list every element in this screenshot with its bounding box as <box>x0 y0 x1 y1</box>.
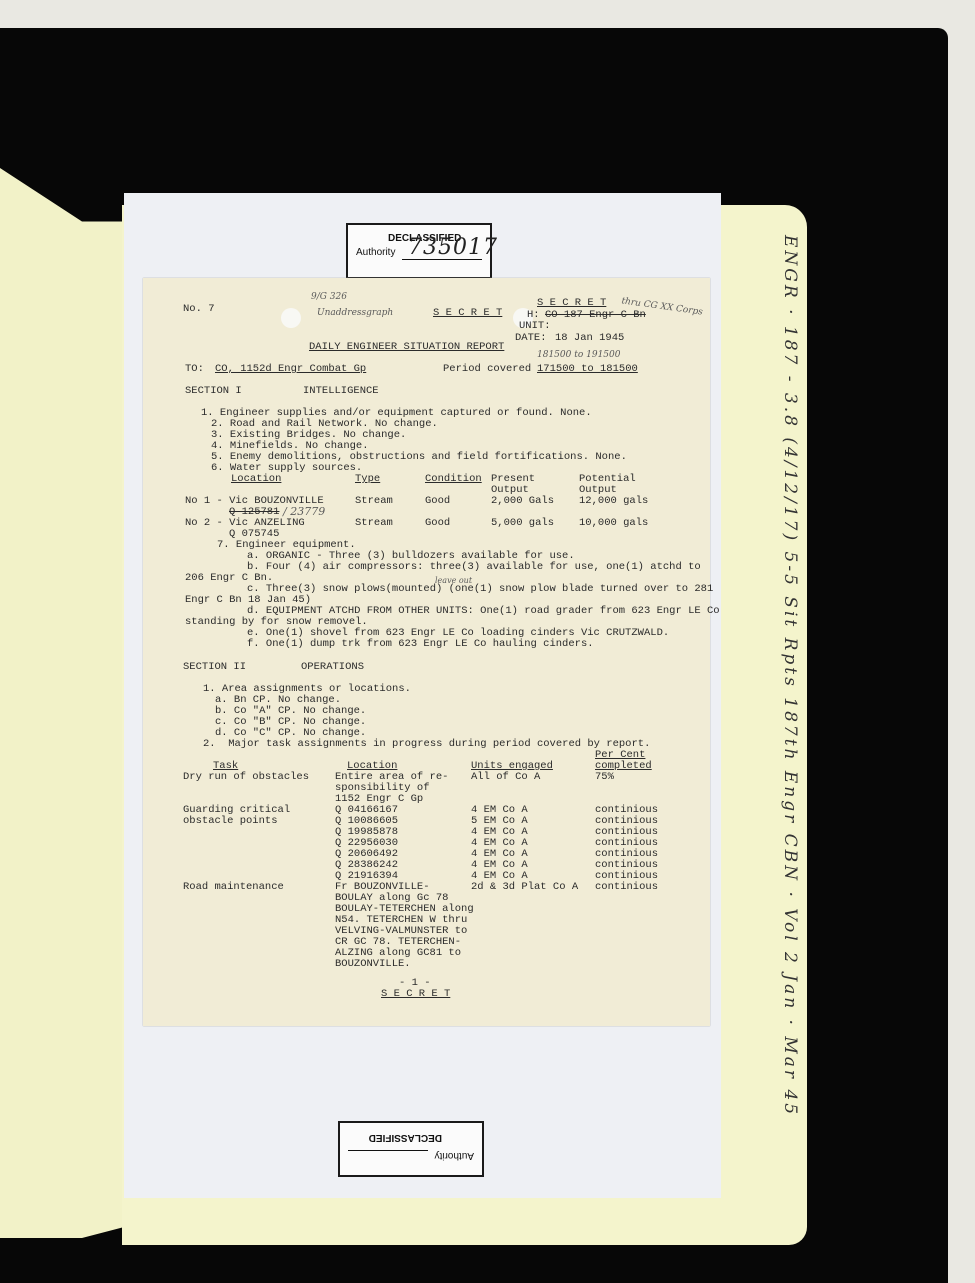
folder-tab-handwriting: ENGR · 187 - 3.8 (4/12/17) 5-5 Sit Rpts … <box>770 215 810 1245</box>
task-cell-task: Road maintenance <box>183 882 284 893</box>
task-cell-units: All of Co A <box>471 772 540 783</box>
to-value: CO, 1152d Engr Combat Gp <box>215 364 366 375</box>
water-header-condition: Condition <box>425 474 482 485</box>
water-row-present: 5,000 gals <box>491 518 554 529</box>
report-number: No. 7 <box>183 304 215 315</box>
water-row-present: 2,000 Gals <box>491 496 554 507</box>
task-cell-percent: 75% <box>595 772 614 783</box>
classification-right: S E C R E T <box>537 298 606 309</box>
declassified-stamp-top: DECLASSIFIED Authority 735017 <box>346 223 492 279</box>
period-value: 171500 to 181500 <box>537 364 638 375</box>
water-header-present: Present Output <box>491 474 551 496</box>
water-row-condition: Good <box>425 518 450 529</box>
stamp-label: DECLASSIFIED <box>369 1132 442 1143</box>
water-header-location: Location <box>231 474 281 485</box>
section2-title: OPERATIONS <box>301 662 364 673</box>
date-value: 18 Jan 1945 <box>555 333 624 344</box>
period-handwritten: 181500 to 191500 <box>537 350 620 361</box>
section2-heading: SECTION II <box>183 662 246 673</box>
water-row-potential: 12,000 gals <box>579 496 648 507</box>
equipment-line: b. Four (4) air compressors: three(3) av… <box>247 562 701 573</box>
from-value: CO 187 Engr C Bn <box>545 310 646 321</box>
punch-hole <box>281 308 301 328</box>
water-row-type: Stream <box>355 518 393 529</box>
period-label: Period covered <box>443 364 531 375</box>
s2-item: 2. Major task assignments in progress du… <box>203 739 650 750</box>
to-label: TO: <box>185 364 204 375</box>
section1-heading: SECTION I <box>185 386 242 397</box>
equipment-line: f. One(1) dump trk from 623 Engr LE Co h… <box>247 639 594 650</box>
declassified-stamp-bottom: DECLASSIFIED Authority <box>338 1121 484 1177</box>
water-row-potential: 10,000 gals <box>579 518 648 529</box>
water-row-coord-hand: / 23779 <box>283 506 325 517</box>
footer-classification: S E C R E T <box>381 989 450 1000</box>
water-row-condition: Good <box>425 496 450 507</box>
stamp-authority-label: Authority <box>435 1150 474 1161</box>
task-cell-task: Dry run of obstacles <box>183 772 309 783</box>
report-title: DAILY ENGINEER SITUATION REPORT <box>309 342 504 353</box>
handwritten-note: Unaddressgraph <box>317 308 393 319</box>
stamp-authority-label: Authority <box>356 247 395 258</box>
unit-label: UNIT: <box>519 321 551 332</box>
classification-center: S E C R E T <box>433 308 502 319</box>
handwritten-ref: 9/G 326 <box>311 292 347 303</box>
situation-report-document: No. 7 9/G 326 Unaddressgraph S E C R E T… <box>143 278 710 1026</box>
date-label: DATE: <box>515 333 547 344</box>
task-cell-percent: continious <box>595 882 658 893</box>
task-cell-units: 2d & 3d Plat Co A <box>471 882 578 893</box>
task-cell-location: BOUZONVILLE. <box>335 959 411 970</box>
water-header-potential: Potential Output <box>579 474 649 496</box>
task-header-percent: Per Cent completed <box>595 750 655 772</box>
task-cell-task: obstacle points <box>183 816 278 827</box>
water-row-type: Stream <box>355 496 393 507</box>
water-header-type: Type <box>355 474 380 485</box>
equipment-line: c. Three(3) snow plows(mounted) (one(1) … <box>247 584 713 595</box>
stamp-authority-number: 735017 <box>408 235 498 260</box>
section1-title: INTELLIGENCE <box>303 386 379 397</box>
